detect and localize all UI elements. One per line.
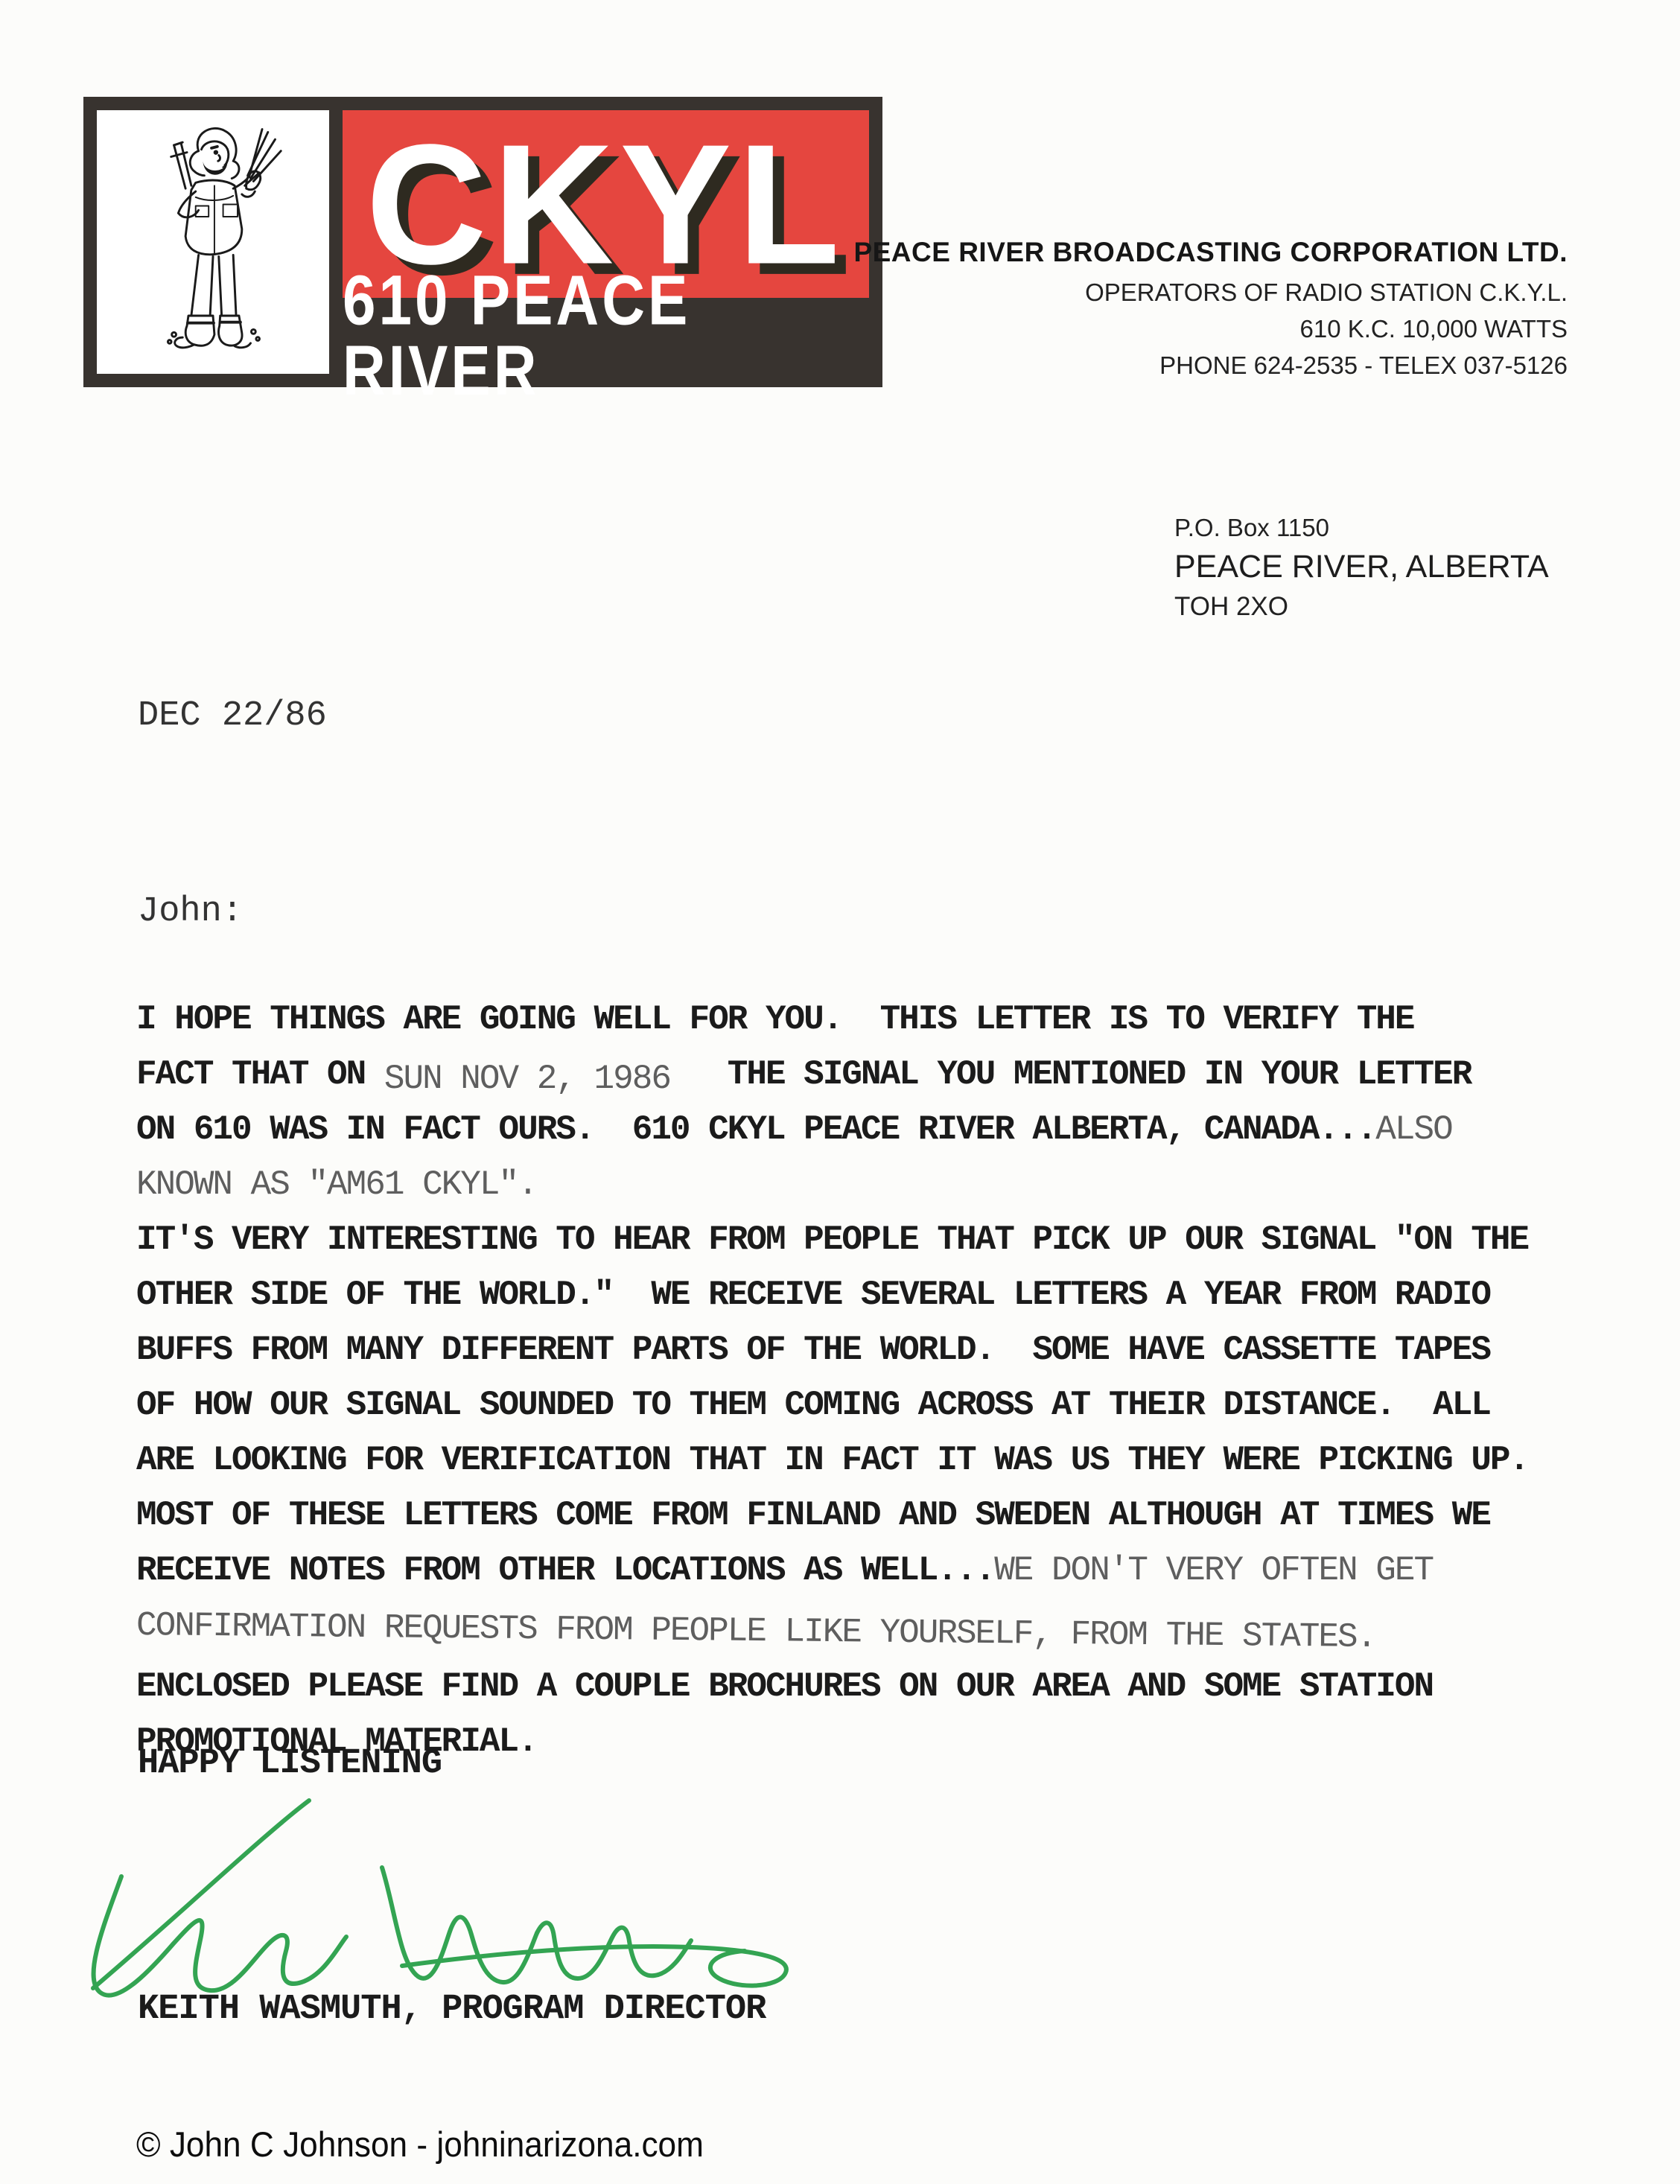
body-text-segment: BUFFS FROM MANY DIFFERENT PARTS OF THE W… xyxy=(136,1331,1490,1369)
frequency-power-line: 610 K.C. 10,000 WATTS xyxy=(853,315,1568,343)
body-text-segment: OF HOW OUR SIGNAL SOUNDED TO THEM COMING… xyxy=(136,1386,1490,1424)
phone-telex-line: PHONE 624-2535 - TELEX 037-5126 xyxy=(853,351,1568,380)
body-line: IT'S VERY INTERESTING TO HEAR FROM PEOPL… xyxy=(136,1212,1618,1267)
body-line: KNOWN AS "AM61 CKYL". xyxy=(136,1157,1618,1212)
body-line: I HOPE THINGS ARE GOING WELL FOR YOU. TH… xyxy=(136,992,1618,1047)
body-text-segment: ARE LOOKING FOR VERIFICATION THAT IN FAC… xyxy=(136,1441,1528,1480)
postal-code-line: TOH 2XO xyxy=(1174,592,1549,622)
body-line: ON 610 WAS IN FACT OURS. 610 CKYL PEACE … xyxy=(136,1102,1618,1157)
body-line: MOST OF THESE LETTERS COME FROM FINLAND … xyxy=(136,1488,1618,1543)
body-text-segment: ON 610 WAS IN FACT OURS. 610 CKYL PEACE … xyxy=(136,1110,1375,1149)
body-text-segment: FACT THAT ON xyxy=(136,1055,384,1094)
body-text-segment: ENCLOSED PLEASE FIND A COUPLE BROCHURES … xyxy=(136,1667,1433,1706)
body-text-segment: SUN NOV 2, 1986 xyxy=(384,1060,670,1098)
closing-line: HAPPY LISTENING xyxy=(138,1744,442,1783)
body-text-segment: KNOWN AS "AM61 CKYL". xyxy=(136,1165,537,1204)
signature xyxy=(63,1793,830,2005)
logo-frequency-band: 610 PEACE RIVER xyxy=(343,298,869,374)
body-text-segment: CONFIRMATION REQUESTS FROM PEOPLE LIKE Y… xyxy=(136,1606,1376,1657)
company-name: PEACE RIVER BROADCASTING CORPORATION LTD… xyxy=(853,237,1568,268)
lumberjack-mascot-illustration xyxy=(120,119,306,365)
body-line: RECEIVE NOTES FROM OTHER LOCATIONS AS WE… xyxy=(136,1543,1618,1598)
city-line: PEACE RIVER, ALBERTA xyxy=(1174,549,1549,585)
body-line: FACT THAT ON SUN NOV 2, 1986 THE SIGNAL … xyxy=(136,1047,1618,1102)
logo-right-column: CKYL 610 PEACE RIVER xyxy=(343,110,869,374)
operators-line: OPERATORS OF RADIO STATION C.K.Y.L. xyxy=(853,278,1568,307)
letterhead-corporate-block: PEACE RIVER BROADCASTING CORPORATION LTD… xyxy=(853,237,1568,388)
body-line: CONFIRMATION REQUESTS FROM PEOPLE LIKE Y… xyxy=(136,1598,1619,1667)
body-text-segment: OTHER SIDE OF THE WORLD." WE RECEIVE SEV… xyxy=(136,1276,1490,1314)
body-text-segment: MOST OF THESE LETTERS COME FROM FINLAND … xyxy=(136,1496,1490,1535)
salutation: John: xyxy=(138,892,243,932)
body-line: OTHER SIDE OF THE WORLD." WE RECEIVE SEV… xyxy=(136,1267,1618,1322)
body-text-segment: I HOPE THINGS ARE GOING WELL FOR YOU. TH… xyxy=(136,1000,1414,1039)
body-line: ENCLOSED PLEASE FIND A COUPLE BROCHURES … xyxy=(136,1659,1618,1714)
po-box-line: P.O. Box 1150 xyxy=(1174,514,1549,542)
station-frequency-label: 610 PEACE RIVER xyxy=(343,266,869,407)
letterhead-address-block: P.O. Box 1150 PEACE RIVER, ALBERTA TOH 2… xyxy=(1174,514,1549,622)
letter-page: CKYL 610 PEACE RIVER PEACE RIVER BROADCA… xyxy=(0,0,1680,2184)
body-text-segment: IT'S VERY INTERESTING TO HEAR FROM PEOPL… xyxy=(136,1220,1528,1259)
body-text-segment: RECEIVE NOTES FROM OTHER LOCATIONS AS WE… xyxy=(136,1551,994,1590)
signature-name-title: KEITH WASMUTH, PROGRAM DIRECTOR xyxy=(138,1990,766,2029)
letter-body: I HOPE THINGS ARE GOING WELL FOR YOU. TH… xyxy=(136,992,1618,1769)
body-line: BUFFS FROM MANY DIFFERENT PARTS OF THE W… xyxy=(136,1322,1618,1378)
mascot-panel xyxy=(97,110,329,374)
body-line: OF HOW OUR SIGNAL SOUNDED TO THEM COMING… xyxy=(136,1378,1618,1433)
ckyl-logo: CKYL 610 PEACE RIVER xyxy=(83,97,882,387)
copyright-footer: © John C Johnson - johninarizona.com xyxy=(136,2124,704,2165)
body-text-segment: THE SIGNAL YOU MENTIONED IN YOUR LETTER xyxy=(670,1055,1471,1094)
letter-date: DEC 22/86 xyxy=(138,696,327,736)
body-text-segment: WE DON'T VERY OFTEN GET xyxy=(994,1551,1433,1590)
body-text-segment: ALSO xyxy=(1375,1110,1451,1149)
body-line: ARE LOOKING FOR VERIFICATION THAT IN FAC… xyxy=(136,1433,1618,1488)
